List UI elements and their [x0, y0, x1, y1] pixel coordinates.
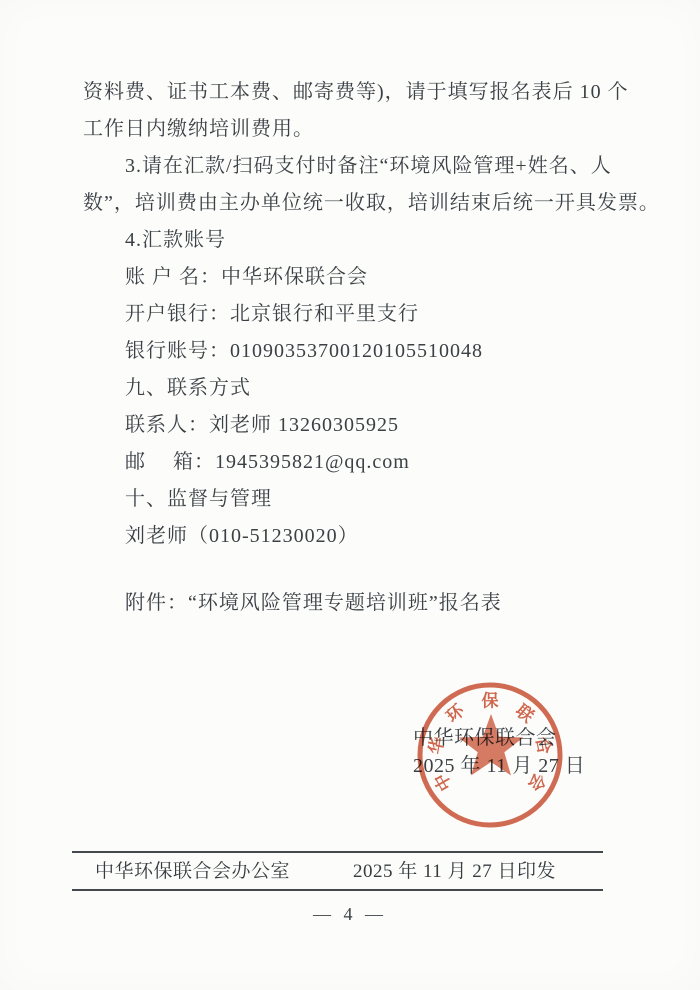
document-page: 资料费、证书工本费、邮寄费等)，请于填写报名表后 10 个 工作日内缴纳培训费用… [0, 0, 700, 990]
body-line-bank: 开户银行：北京银行和平里支行 [83, 296, 635, 333]
body-line: 3.请在汇款/扫码支付时备注“环境风险管理+姓名、人 [83, 148, 635, 185]
seal-arc-char: 合 [532, 735, 555, 755]
body-line-contact-heading: 九、联系方式 [83, 370, 635, 407]
body-line: 工作日内缴纳培训费用。 [83, 111, 635, 148]
footer-issue-date: 2025 年 11 月 27 日印发 [353, 856, 556, 888]
body-line: 数”，培训费由主办单位统一收取，培训结束后统一开具发票。 [83, 185, 635, 222]
footer-rule-top [72, 851, 603, 853]
seal-arc-char: 保 [482, 691, 499, 711]
footer-rule-bottom [72, 889, 603, 891]
body-line: 资料费、证书工本费、邮寄费等)，请于填写报名表后 10 个 [83, 74, 635, 111]
attachment-line: 附件：“环境风险管理专题培训班”报名表 [83, 585, 635, 622]
body-line-email: 邮 箱：1945395821@qq.com [83, 444, 635, 481]
star-icon [459, 714, 524, 776]
document-body: 资料费、证书工本费、邮寄费等)，请于填写报名表后 10 个 工作日内缴纳培训费用… [83, 74, 635, 622]
body-line-contact-phone: 联系人：刘老师 13260305925 [83, 407, 635, 444]
seal-arc-char: 中 [430, 770, 456, 795]
body-line-supervision-heading: 十、监督与管理 [83, 481, 635, 518]
footer-row: 中华环保联合会办公室 2025 年 11 月 27 日印发 [72, 856, 603, 888]
seal-arc-char: 华 [425, 735, 448, 755]
body-line-account-name: 账 户 名：中华环保联合会 [83, 259, 635, 296]
page-number: — 4 — [0, 904, 700, 925]
footer-issuing-office: 中华环保联合会办公室 [95, 856, 290, 888]
official-seal-stamp: 中 华 环 保 联 合 会 [412, 678, 568, 834]
seal-arc-char: 会 [524, 770, 550, 795]
seal-arc-char: 联 [512, 700, 538, 726]
body-line-account-number: 银行账号：01090353700120105510048 [83, 333, 635, 370]
body-line-supervision-phone: 刘老师（010-51230020） [83, 518, 635, 555]
seal-arc-char: 环 [443, 700, 469, 726]
body-line: 4.汇款账号 [83, 222, 635, 259]
